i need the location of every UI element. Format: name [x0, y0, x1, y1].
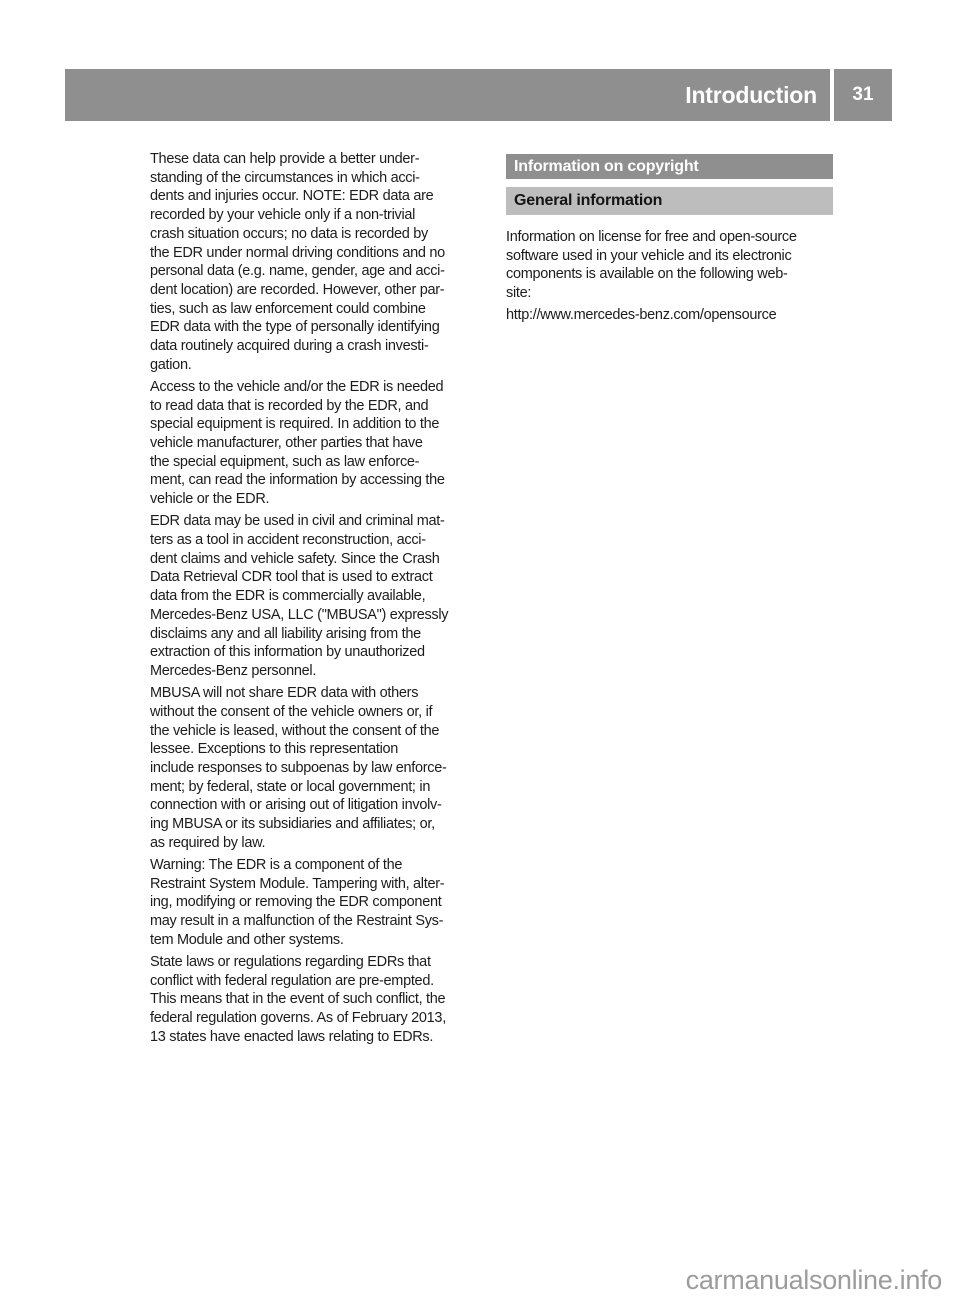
section-title: Introduction — [685, 82, 817, 109]
page-number: 31 — [834, 69, 892, 121]
opensource-url: http://www.mercedes-benz.com/opensource — [506, 306, 833, 325]
watermark: carmanualsonline.info — [686, 1265, 942, 1296]
body-paragraph: EDR data may be used in civil and crimin… — [150, 512, 490, 680]
body-paragraph: Access to the vehicle and/or the EDR is … — [150, 378, 490, 509]
left-column: These data can help provide a better und… — [150, 150, 490, 1050]
body-paragraph: These data can help provide a better und… — [150, 150, 490, 374]
body-paragraph: Warning: The EDR is a component of the R… — [150, 856, 490, 950]
section-heading: Information on copyright — [506, 154, 833, 179]
header-bar: Introduction — [65, 69, 830, 121]
body-paragraph: Information on license for free and open… — [506, 228, 833, 303]
body-paragraph: MBUSA will not share EDR data with other… — [150, 684, 490, 852]
body-paragraph: State laws or regulations regarding EDRs… — [150, 953, 490, 1047]
right-column: Information on copyright General informa… — [506, 154, 833, 329]
subsection-heading: General information — [506, 187, 833, 215]
manual-page: Introduction 31 These data can help prov… — [0, 0, 960, 1302]
